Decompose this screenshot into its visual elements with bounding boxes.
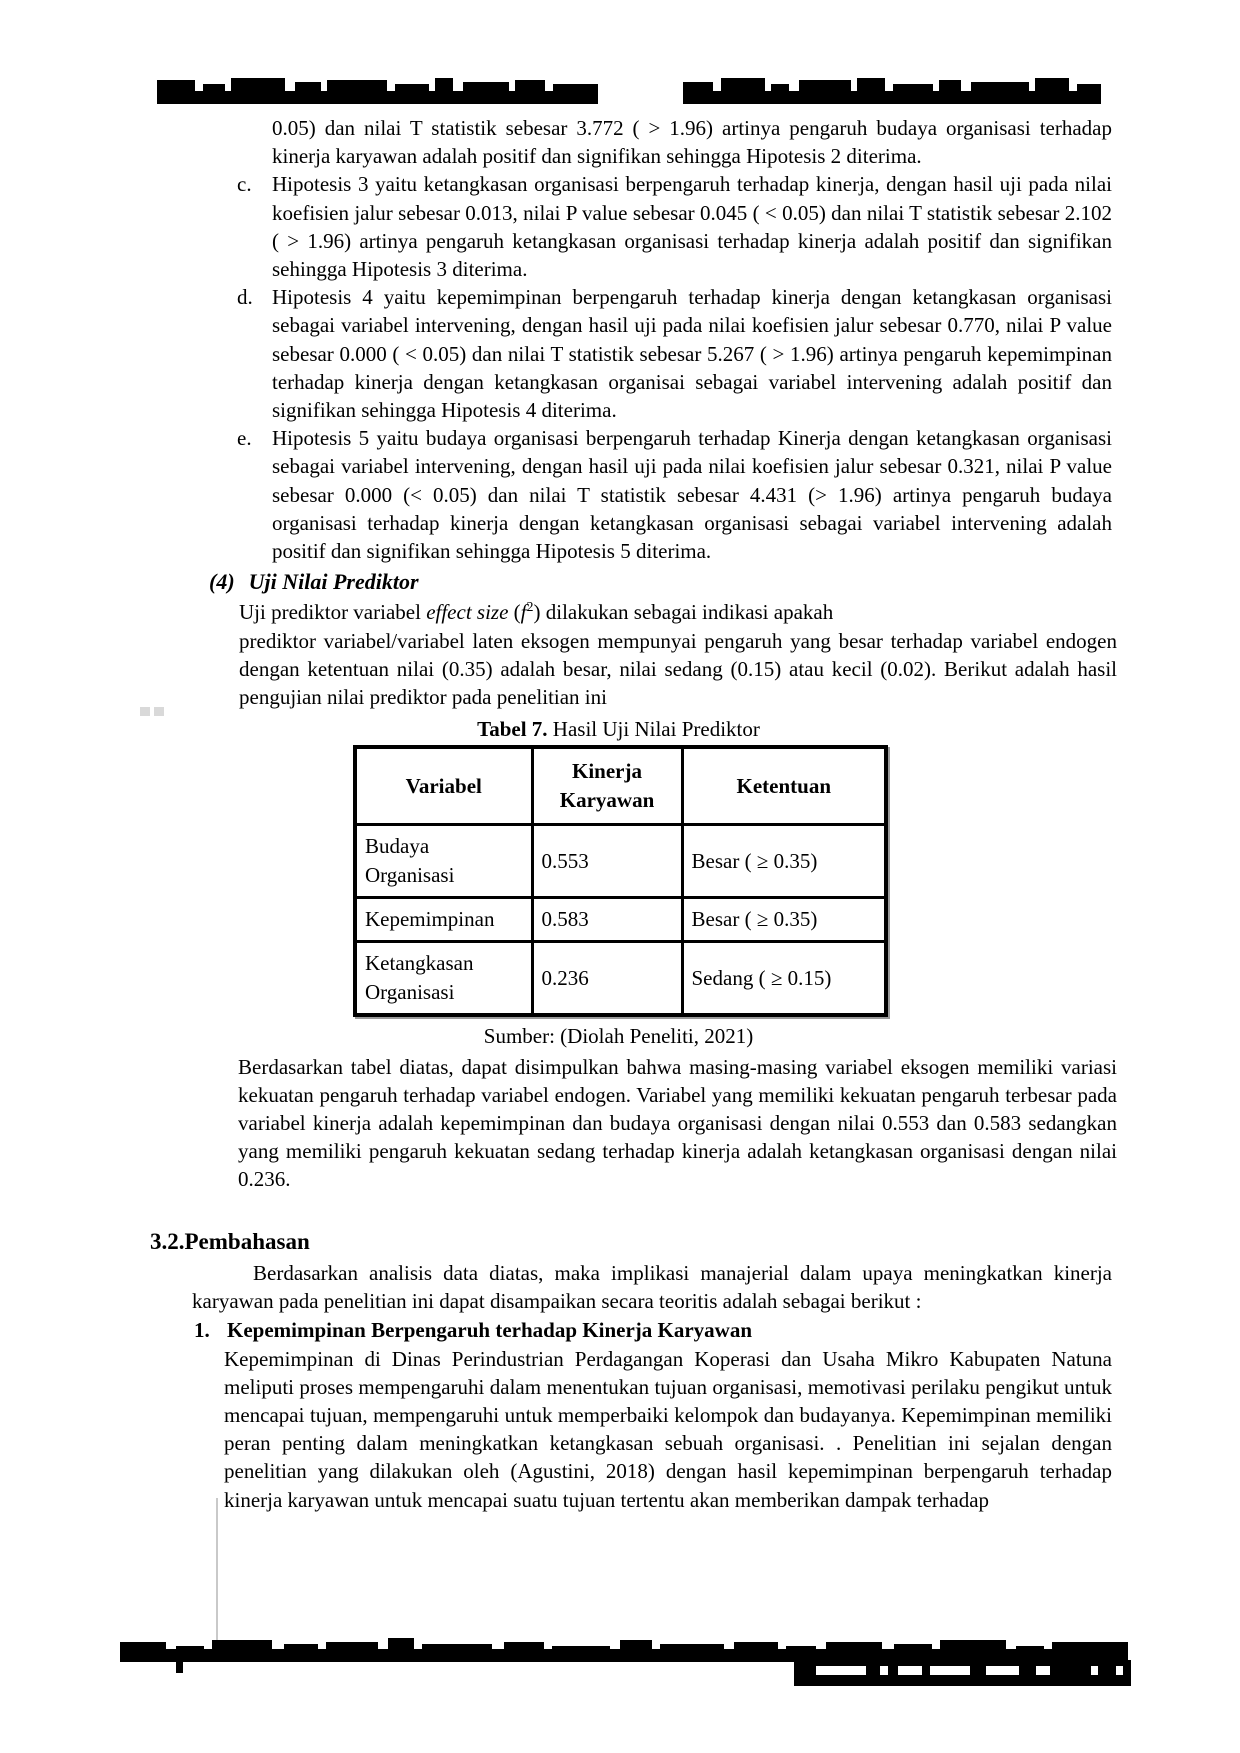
list-marker: d. [237,283,272,424]
predictor-body-text: prediktor variabel/variabel laten eksoge… [239,627,1117,712]
list-marker: e. [237,424,272,565]
header-kinerja-karyawan: Kinerja Karyawan [532,747,682,825]
heading-title: Uji Nilai Prediktor [249,569,419,594]
superscript-2: 2 [527,600,534,615]
table-section: Tabel 7. Hasil Uji Nilai Prediktor Varia… [353,715,884,1050]
list-marker: c. [237,170,272,283]
scan-artifact [176,1661,183,1673]
list-text: Hipotesis 3 yaitu ketangkasan organisasi… [272,170,1112,283]
table-caption: Tabel 7. Hasil Uji Nilai Prediktor [353,715,884,743]
heading-uji-nilai-prediktor: (4)Uji Nilai Prediktor [209,568,1240,596]
cell-value: 0.553 [532,825,682,898]
redaction-slot [1116,1666,1123,1675]
redaction-slot [986,1666,1019,1675]
header-ketentuan: Ketentuan [682,747,886,825]
redaction-slot [1036,1666,1050,1675]
table-row: Kepemimpinan 0.583 Besar ( ≥ 0.35) [355,898,886,942]
table-row: Budaya Organisasi 0.553 Besar ( ≥ 0.35) [355,825,886,898]
redaction-bar [683,91,1101,104]
list-item-e: e. Hipotesis 5 yaitu budaya organisasi b… [237,424,1112,565]
predictor-table: Variabel Kinerja Karyawan Ketentuan Buda… [353,745,888,1017]
cell-variabel: Kepemimpinan [355,898,532,942]
paragraph-discussion-intro: Berdasarkan analisis data diatas, maka i… [192,1259,1112,1315]
list-text: Hipotesis 4 yaitu kepemimpinan berpengar… [272,283,1112,424]
list-text: Hipotesis 5 yaitu budaya organisasi berp… [272,424,1112,565]
cell-variabel: Ketangkasan Organisasi [355,942,532,1016]
redacted-footer-left [120,1638,1128,1662]
paragraph-table-summary: Berdasarkan tabel diatas, dapat disimpul… [238,1053,1117,1194]
redacted-header-left [157,78,598,104]
list-item-d: d. Hipotesis 4 yaitu kepemimpinan berpen… [237,283,1112,424]
effect-size-italic: effect size [426,600,508,624]
text-run: ( [508,600,520,624]
heading-number: (4) [209,569,235,594]
redacted-footer-right [794,1660,1131,1686]
cell-ketentuan: Besar ( ≥ 0.35) [682,825,886,898]
scan-artifact [154,707,164,716]
scan-artifact [140,707,150,716]
scan-change-bar [216,1498,218,1648]
table-header-row: Variabel Kinerja Karyawan Ketentuan [355,747,886,825]
table-caption-title: Hasil Uji Nilai Prediktor [548,717,760,741]
header-variabel: Variabel [355,747,532,825]
redaction-slot [816,1666,866,1675]
point1-heading: 1. Kepemimpinan Berpengaruh terhadap Kin… [194,1316,1240,1344]
document-page: 0.05) dan nilai T statistik sebesar 3.77… [0,0,1240,1753]
redaction-bar [157,91,598,104]
redaction-slot [880,1666,888,1675]
predictor-formula-line: Uji prediktor variabel effect size (f2) … [239,598,1117,626]
table-row: Ketangkasan Organisasi 0.236 Sedang ( ≥ … [355,942,886,1016]
cell-value: 0.236 [532,942,682,1016]
point-number: 1. [194,1316,227,1344]
paragraph-point1-body: Kepemimpinan di Dinas Perindustrian Perd… [224,1345,1112,1514]
redacted-header-right [683,78,1101,104]
cell-ketentuan: Besar ( ≥ 0.35) [682,898,886,942]
redaction-slot [898,1666,922,1675]
paragraph-hypothesis2-continuation: 0.05) dan nilai T statistik sebesar 3.77… [272,114,1112,170]
point-title: Kepemimpinan Berpengaruh terhadap Kinerj… [227,1316,752,1344]
section-heading-pembahasan: 3.2.Pembahasan [150,1228,1240,1256]
cell-value: 0.583 [532,898,682,942]
redaction-slot [930,1666,970,1675]
text-run: ) dilakukan sebagai indikasi apakah [534,600,834,624]
paragraph-predictor: Uji prediktor variabel effect size (f2) … [239,598,1117,711]
text-run: Uji prediktor variabel [239,600,426,624]
cell-variabel: Budaya Organisasi [355,825,532,898]
list-item-c: c. Hipotesis 3 yaitu ketangkasan organis… [237,170,1112,283]
table-caption-label: Tabel 7. [477,717,547,741]
redaction-slot [1091,1666,1098,1675]
cell-ketentuan: Sedang ( ≥ 0.15) [682,942,886,1016]
table-source: Sumber: (Diolah Peneliti, 2021) [353,1022,884,1050]
